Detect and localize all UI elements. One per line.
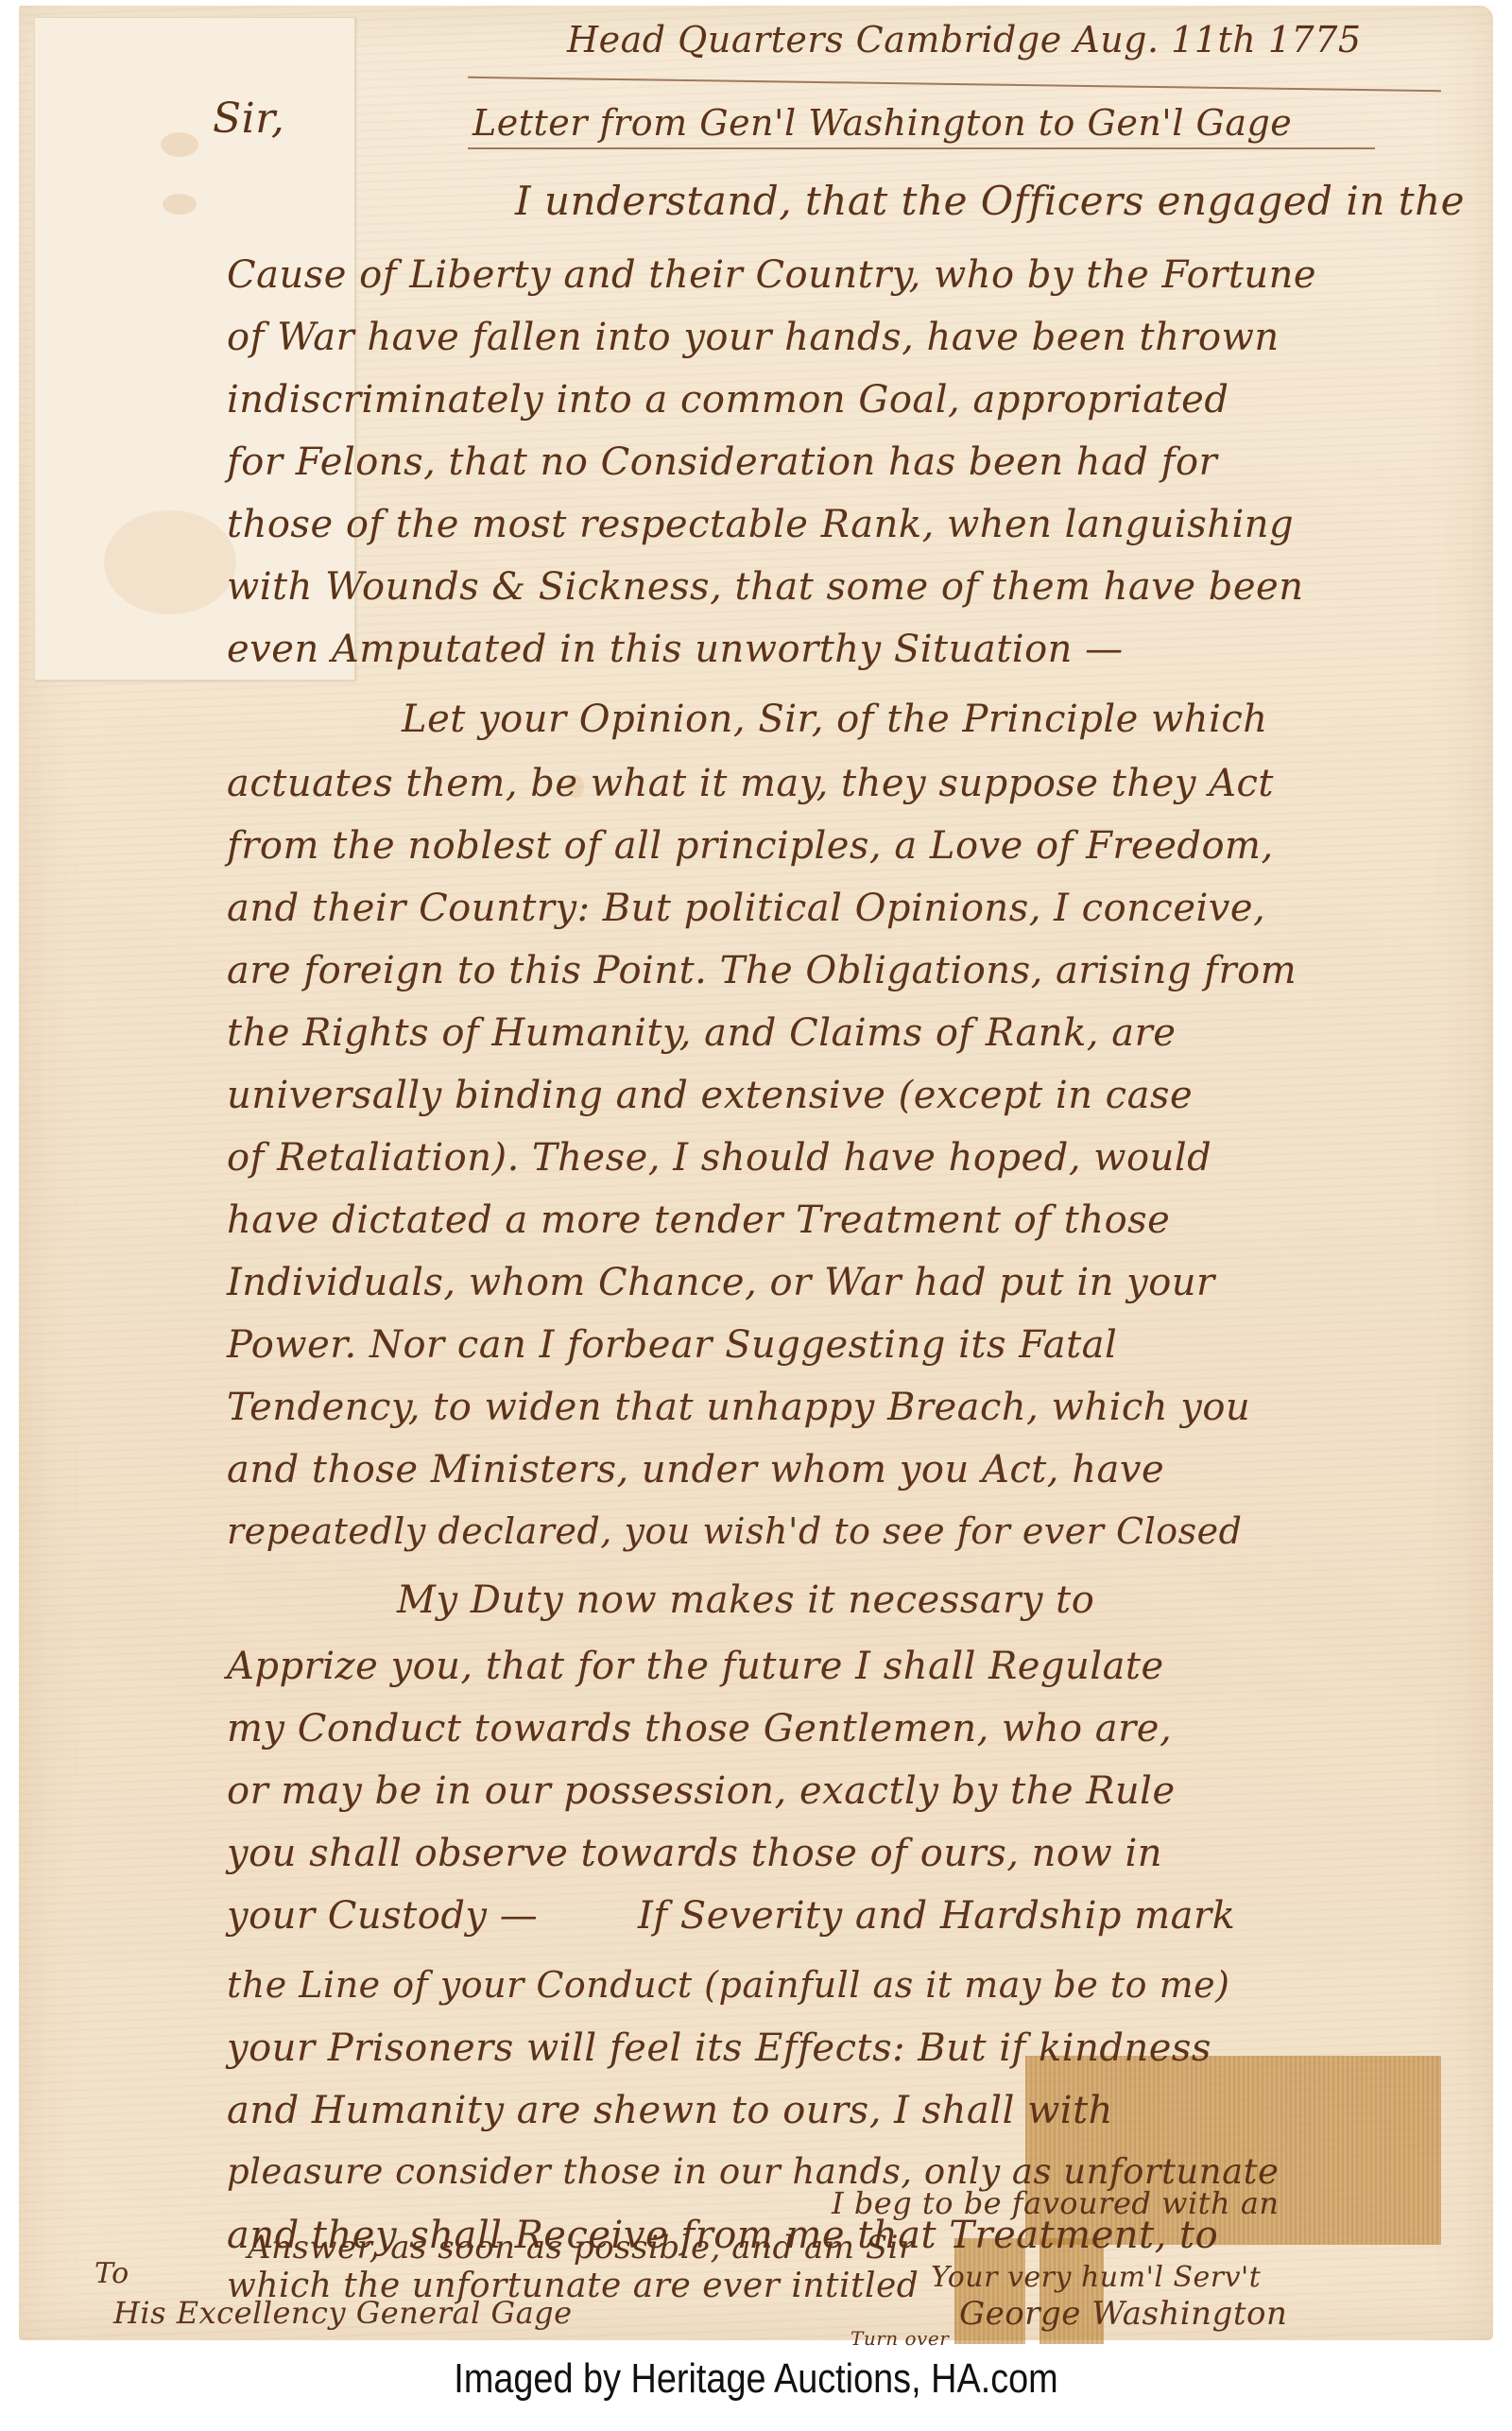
- body-line: or may be in our possession, exactly by …: [227, 1769, 1176, 1813]
- body-line: indiscriminately into a common Goal, app…: [227, 378, 1228, 422]
- body-line: with Wounds & Sickness, that some of the…: [227, 565, 1303, 609]
- body-line: the Rights of Humanity, and Claims of Ra…: [227, 1011, 1176, 1055]
- body-line: have dictated a more tender Treatment of…: [227, 1198, 1170, 1242]
- body-line: of War have fallen into your hands, have…: [227, 316, 1280, 359]
- body-line: repeatedly declared, you wish'd to see f…: [227, 1510, 1242, 1552]
- body-line: even Amputated in this unworthy Situatio…: [227, 628, 1124, 671]
- body-line: your Custody — If Severity and Hardship …: [227, 1894, 1235, 1938]
- body-line: Cause of Liberty and their Country, who …: [227, 253, 1316, 297]
- place-date-heading: Head Quarters Cambridge Aug. 11th 1775: [567, 19, 1362, 60]
- body-line: and those Ministers, under whom you Act,…: [227, 1448, 1164, 1491]
- body-line: of Retaliation). These, I should have ho…: [227, 1136, 1211, 1180]
- letter-subtitle: Letter from Gen'l Washington to Gen'l Ga…: [472, 102, 1292, 144]
- body-line: the Line of your Conduct (painfull as it…: [227, 1964, 1229, 2006]
- body-line: and Humanity are shewn to ours, I shall …: [227, 2089, 1113, 2132]
- body-line: and their Country: But political Opinion…: [227, 887, 1265, 930]
- body-line: you shall observe towards those of ours,…: [227, 1832, 1162, 1875]
- foxing-stain: [161, 132, 198, 157]
- body-line: Power. Nor can I forbear Suggesting its …: [227, 1323, 1117, 1367]
- body-line: for Felons, that no Consideration has be…: [227, 440, 1217, 484]
- footer-signature: George Washington: [959, 2295, 1287, 2333]
- body-line: Individuals, whom Chance, or War had put…: [227, 1261, 1215, 1304]
- body-line: actuates them, be what it may, they supp…: [227, 762, 1274, 805]
- subtitle-underline: [468, 147, 1375, 149]
- body-line: those of the most respectable Rank, when…: [227, 503, 1294, 546]
- body-line: I understand, that the Officers engaged …: [515, 178, 1465, 224]
- footer-closing: Your very hum'l Serv't: [931, 2261, 1261, 2294]
- body-line: my Conduct towards those Gentlemen, who …: [227, 1707, 1172, 1750]
- foxing-stain: [163, 194, 197, 215]
- footer-answer-line: Answer, as soon as possible, and am Sir: [248, 2229, 915, 2267]
- body-line: your Prisoners will feel its Effects: Bu…: [227, 2026, 1211, 2070]
- body-line: Let your Opinion, Sir, of the Principle …: [402, 698, 1268, 741]
- body-line: are foreign to this Point. The Obligatio…: [227, 949, 1297, 992]
- body-line: from the noblest of all principles, a Lo…: [227, 824, 1274, 868]
- body-line: My Duty now makes it necessary to: [397, 1578, 1094, 1622]
- body-line: universally binding and extensive (excep…: [227, 1074, 1193, 1117]
- footer-addressee: His Excellency General Gage: [113, 2295, 573, 2331]
- salutation: Sir,: [213, 95, 284, 143]
- footer-to: To: [94, 2257, 129, 2290]
- body-line: Apprize you, that for the future I shall…: [227, 1645, 1164, 1688]
- image-credit-caption: Imaged by Heritage Auctions, HA.com: [106, 2355, 1406, 2403]
- foxing-stain: [104, 510, 236, 614]
- body-line: Tendency, to widen that unhappy Breach, …: [227, 1386, 1250, 1429]
- footer-beg-line: I beg to be favoured with an: [832, 2185, 1280, 2221]
- footer-turn-over: Turn over: [850, 2327, 949, 2350]
